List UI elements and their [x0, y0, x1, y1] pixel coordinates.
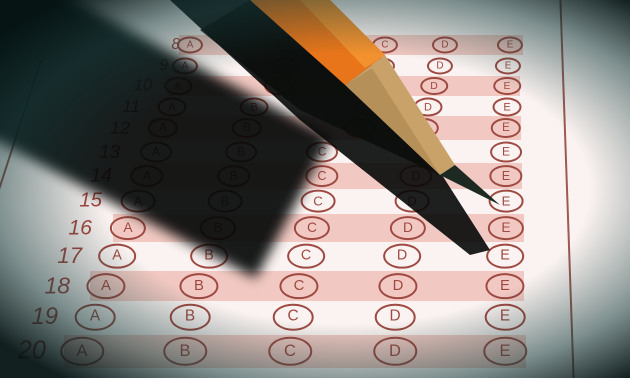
pencil-icon — [0, 0, 630, 378]
answer-sheet-photo: 8ABCDE9ABCDE10ABCDE11ABCDE12ABCDE13ABCDE… — [0, 0, 630, 378]
